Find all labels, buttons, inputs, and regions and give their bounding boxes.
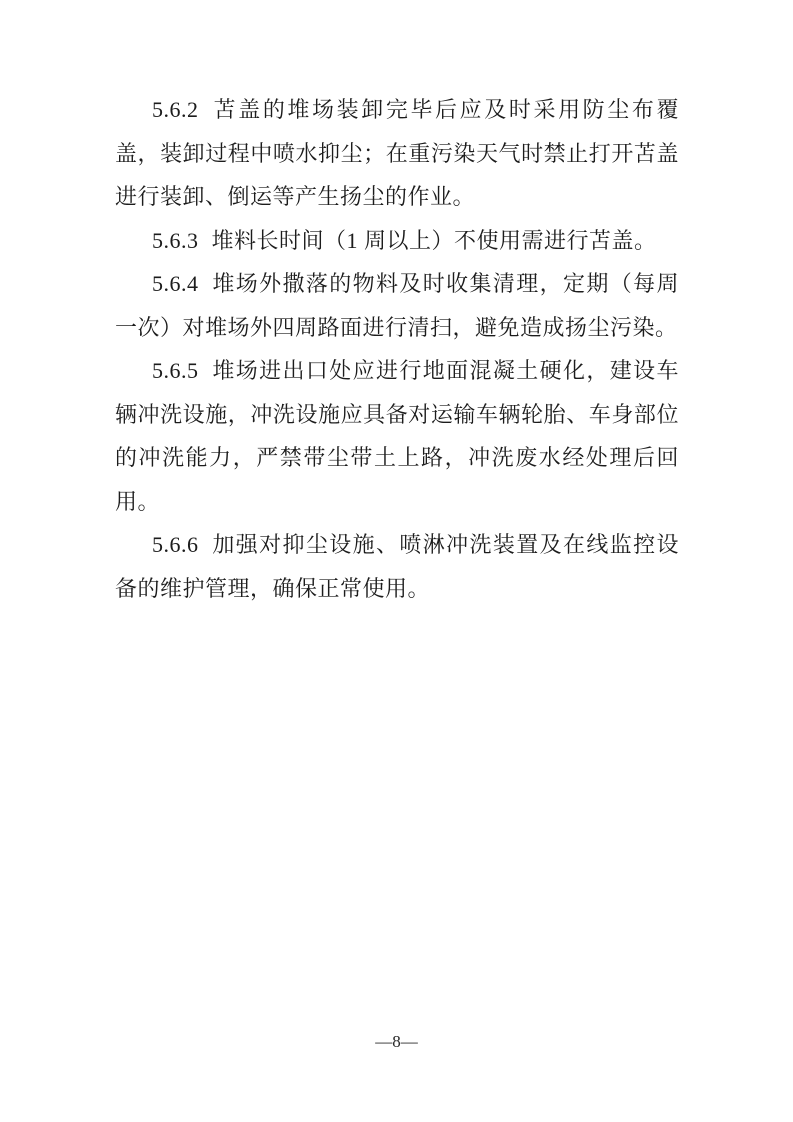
section-number: 5.6.5 — [152, 358, 199, 383]
document-page: 5.6.2苫盖的堆场装卸完毕后应及时采用防尘布覆盖，装卸过程中喷水抑尘；在重污染… — [0, 0, 793, 1122]
section-number: 5.6.6 — [152, 532, 199, 557]
section-number: 5.6.2 — [152, 97, 199, 122]
paragraph-5.6.4: 5.6.4堆场外撒落的物料及时收集清理，定期（每周一次）对堆场外四周路面进行清扫… — [115, 262, 679, 349]
section-text: 加强对抑尘设施、喷淋冲洗装置及在线监控设备的维护管理，确保正常使用。 — [115, 532, 679, 601]
section-text: 堆场进出口处应进行地面混凝土硬化，建设车辆冲洗设施，冲洗设施应具备对运输车辆轮胎… — [115, 358, 679, 514]
paragraph-5.6.2: 5.6.2苫盖的堆场装卸完毕后应及时采用防尘布覆盖，装卸过程中喷水抑尘；在重污染… — [115, 88, 679, 219]
paragraph-5.6.6: 5.6.6加强对抑尘设施、喷淋冲洗装置及在线监控设备的维护管理，确保正常使用。 — [115, 523, 679, 610]
section-number: 5.6.3 — [152, 228, 199, 253]
paragraph-5.6.5: 5.6.5堆场进出口处应进行地面混凝土硬化，建设车辆冲洗设施，冲洗设施应具备对运… — [115, 349, 679, 523]
section-text: 堆场外撒落的物料及时收集清理，定期（每周一次）对堆场外四周路面进行清扫，避免造成… — [115, 271, 679, 340]
section-text: 堆料长时间（1 周以上）不使用需进行苫盖。 — [212, 228, 657, 253]
paragraph-5.6.3: 5.6.3堆料长时间（1 周以上）不使用需进行苫盖。 — [115, 219, 679, 263]
page-footer: —8— — [0, 1030, 793, 1054]
section-number: 5.6.4 — [152, 271, 199, 296]
page-number: —8— — [375, 1032, 418, 1051]
section-text: 苫盖的堆场装卸完毕后应及时采用防尘布覆盖，装卸过程中喷水抑尘；在重污染天气时禁止… — [115, 97, 679, 209]
document-body: 5.6.2苫盖的堆场装卸完毕后应及时采用防尘布覆盖，装卸过程中喷水抑尘；在重污染… — [115, 88, 679, 610]
